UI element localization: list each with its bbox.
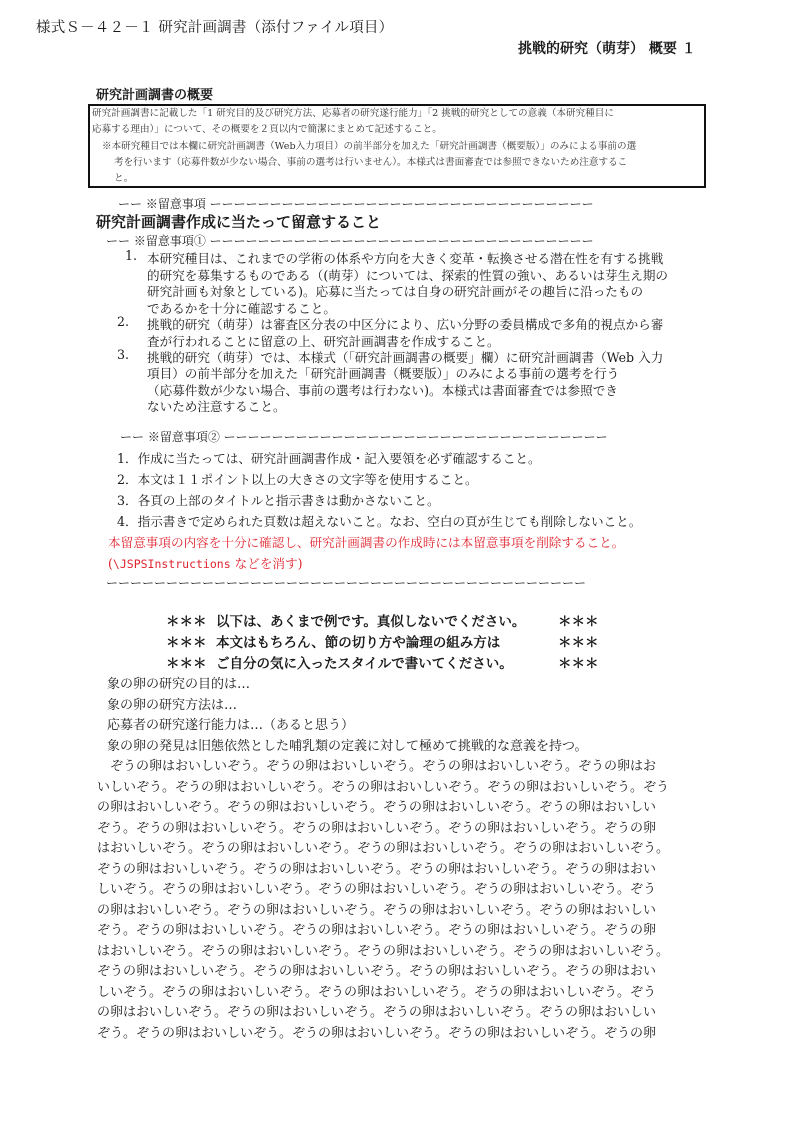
body-paragraph-line: の卵はおいしいぞう。ぞうの卵はおいしいぞう。ぞうの卵はおいしいぞう。ぞうの卵はお… bbox=[97, 899, 656, 918]
body-paragraph-line: の卵はおいしいぞう。ぞうの卵はおいしいぞう。ぞうの卵はおいしいぞう。ぞうの卵はお… bbox=[97, 796, 656, 815]
form-id: 様式Ｓ－４２－１ 研究計画調書（添付ファイル項目） bbox=[36, 16, 393, 37]
stars-right: ＊＊＊ bbox=[558, 652, 599, 672]
warning-subtext: (\JSPSInstructions などを消す) bbox=[108, 553, 303, 572]
body-paragraph-line: ぞうの卵はおいしいぞう。ぞうの卵はおいしいぞう。ぞうの卵はおいしいぞう。ぞうの卵… bbox=[97, 960, 656, 979]
note1-item-number: 2. bbox=[117, 314, 129, 329]
warning-sub-suffix: などを消す) bbox=[231, 556, 303, 571]
notes-heading: 研究計画調書作成に当たって留意すること bbox=[96, 211, 381, 232]
stars-right: ＊＊＊ bbox=[558, 631, 599, 651]
example-notice-text: 本文はもちろん、節の切り方や論理の組み方は bbox=[216, 631, 500, 651]
stars-left: ＊＊＊ bbox=[166, 631, 207, 651]
body-paragraph-line: の卵はおいしいぞう。ぞうの卵はおいしいぞう。ぞうの卵はおいしいぞう。ぞうの卵はお… bbox=[97, 1001, 656, 1020]
note1-item-line: ないため注意すること。 bbox=[147, 396, 286, 415]
body-intro-line: 応募者の研究遂行能力は…（あると思う） bbox=[107, 714, 354, 733]
instruction-line: 応募する理由）」について、その概要を２頁以内で簡潔にまとめて記述すること。 bbox=[92, 122, 442, 139]
example-notice-line: ＊＊＊ 以下は、あくまで例です。真似しないでください。 ＊＊＊ bbox=[166, 610, 626, 630]
instruction-line: 研究計画調書に記載した「1 研究目的及び研究方法、応募者の研究遂行能力」「2 挑… bbox=[92, 106, 614, 123]
instruction-box: 研究計画調書に記載した「1 研究目的及び研究方法、応募者の研究遂行能力」「2 挑… bbox=[88, 104, 706, 188]
note2-item: 2．本文は１１ポイント以上の大きさの文字等を使用すること。 bbox=[117, 469, 478, 488]
body-paragraph-line: いしいぞう。ぞうの卵はおいしいぞう。ぞうの卵はおいしいぞう。ぞうの卵はおいしいぞ… bbox=[97, 776, 669, 795]
body-paragraph-line: しいぞう。ぞうの卵はおいしいぞう。ぞうの卵はおいしいぞう。ぞうの卵はおいしいぞう… bbox=[97, 878, 656, 897]
stars-right: ＊＊＊ bbox=[558, 610, 599, 630]
body-paragraph-line: ぞう。ぞうの卵はおいしいぞう。ぞうの卵はおいしいぞう。ぞうの卵はおいしいぞう。ぞ… bbox=[97, 817, 656, 836]
instruction-line: ※本研究種目では本欄に研究計画調書（Web入力項目）の前半部分を加えた「研究計画… bbox=[102, 139, 636, 156]
body-paragraph-line: はおいしいぞう。ぞうの卵はおいしいぞう。ぞうの卵はおいしいぞう。ぞうの卵はおいし… bbox=[97, 940, 669, 959]
separator-section2: ーー ※留意事項② ーーーーーーーーーーーーーーーーーーーーーーーーーーーーーー… bbox=[120, 428, 608, 445]
separator-section1: ーー ※留意事項① ーーーーーーーーーーーーーーーーーーーーーーーーーーーーーー… bbox=[106, 232, 594, 249]
instruction-line: と。 bbox=[114, 171, 133, 188]
warning-sub-code: \JSPSInstructions bbox=[113, 557, 231, 571]
example-notice-text: ご自分の気に入ったスタイルで書いてください。 bbox=[216, 652, 513, 672]
note2-item: 1．作成に当たっては、研究計画調書作成・記入要領を必ず確認すること。 bbox=[117, 448, 541, 467]
body-paragraph-line: ぞうの卵はおいしいぞう。ぞうの卵はおいしいぞう。ぞうの卵はおいしいぞう。ぞうの卵… bbox=[97, 858, 656, 877]
page-label: 挑戦的研究（萌芽） 概要 １ bbox=[518, 38, 696, 58]
body-paragraph-line: ぞう。ぞうの卵はおいしいぞう。ぞうの卵はおいしいぞう。ぞうの卵はおいしいぞう。ぞ… bbox=[97, 1022, 656, 1041]
body-paragraph-line: しいぞう。ぞうの卵はおいしいぞう。ぞうの卵はおいしいぞう。ぞうの卵はおいしいぞう… bbox=[97, 981, 656, 1000]
note2-item: 3．各頁の上部のタイトルと指示書きは動かさないこと。 bbox=[117, 490, 440, 509]
separator-notes-top: ーー ※留意事項 ーーーーーーーーーーーーーーーーーーーーーーーーーーーーーーー… bbox=[118, 195, 594, 212]
example-notice-line: ＊＊＊ 本文はもちろん、節の切り方や論理の組み方は ＊＊＊ bbox=[166, 631, 626, 651]
body-intro-line: 象の卵の研究方法は… bbox=[107, 694, 237, 713]
note1-item-number: 1. bbox=[125, 248, 137, 263]
example-notice-text: 以下は、あくまで例です。真似しないでください。 bbox=[216, 610, 525, 630]
stars-left: ＊＊＊ bbox=[166, 652, 207, 672]
separator-notes-bottom: ーーーーーーーーーーーーーーーーーーーーーーーーーーーーーーーーーーーーーーーー bbox=[106, 574, 586, 591]
instruction-line: 考を行います（応募件数が少ない場合、事前の選考は行いません）。本様式は書面審査で… bbox=[114, 155, 627, 172]
summary-heading: 研究計画調書の概要 bbox=[96, 84, 213, 103]
example-notice-line: ＊＊＊ ご自分の気に入ったスタイルで書いてください。 ＊＊＊ bbox=[166, 652, 626, 672]
note1-item-number: 3. bbox=[117, 347, 129, 362]
stars-left: ＊＊＊ bbox=[166, 610, 207, 630]
body-intro-line: 象の卵の研究の目的は… bbox=[107, 673, 250, 692]
body-intro-line: 象の卵の発見は旧態依然とした哺乳類の定義に対して極めて挑戦的な意義を持つ。 bbox=[107, 735, 587, 754]
body-paragraph-line: ぞうの卵はおいしいぞう。ぞうの卵はおいしいぞう。ぞうの卵はおいしいぞう。ぞうの卵… bbox=[110, 755, 656, 774]
note2-item: 4．指示書きで定められた頁数は超えないこと。なお、空白の頁が生じても削除しないこ… bbox=[117, 511, 641, 530]
body-paragraph-line: ぞう。ぞうの卵はおいしいぞう。ぞうの卵はおいしいぞう。ぞうの卵はおいしいぞう。ぞ… bbox=[97, 919, 656, 938]
body-paragraph-line: はおいしいぞう。ぞうの卵はおいしいぞう。ぞうの卵はおいしいぞう。ぞうの卵はおいし… bbox=[97, 837, 669, 856]
warning-text: 本留意事項の内容を十分に確認し、研究計画調書の作成時には本留意事項を削除すること… bbox=[108, 532, 624, 551]
